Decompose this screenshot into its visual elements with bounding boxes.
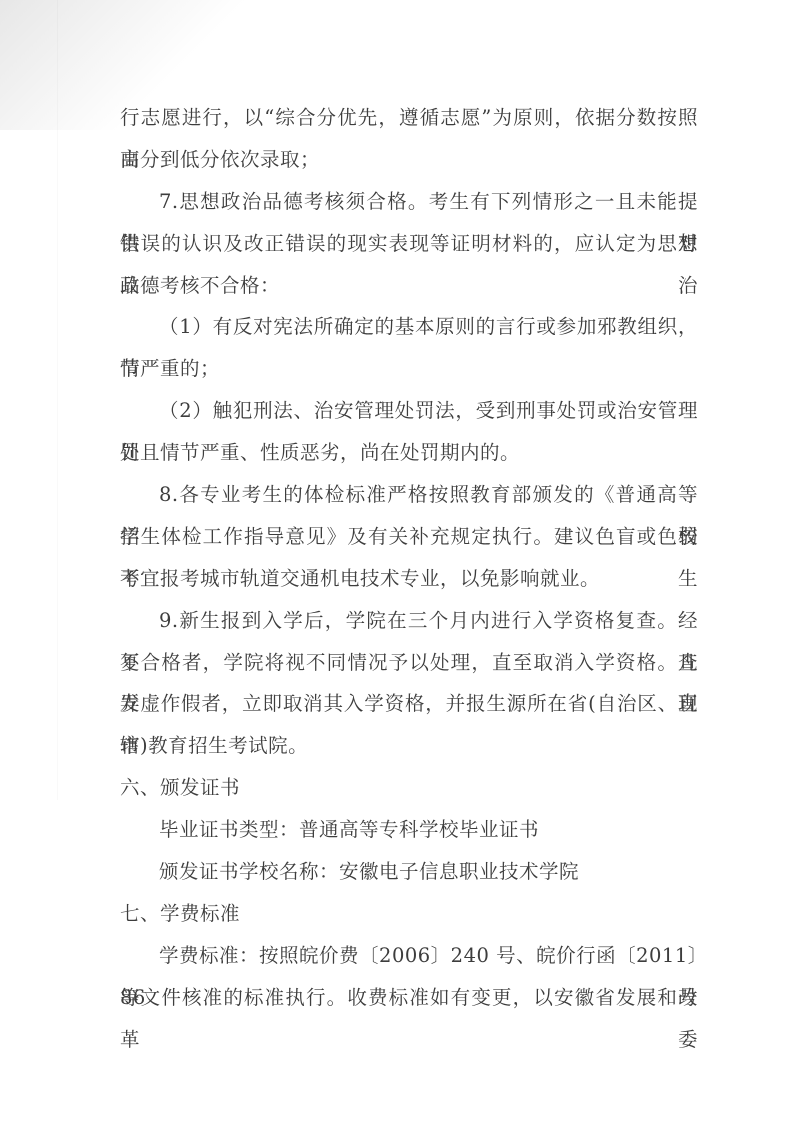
document-text-block: 行志愿进行，以“综合分优先，遵循志愿”为原则，依据分数按照由高分到低分依次录取；… [120,97,698,1019]
text-line: 罚且情节严重、性质恶劣，尚在处罚期内的。 [120,432,698,474]
document-page: 行志愿进行，以“综合分优先，遵循志愿”为原则，依据分数按照由高分到低分依次录取；… [0,0,800,1132]
text-line: 8.各专业考生的体检标准严格按照教育部颁发的《普通高等学校 [120,474,698,516]
section-heading: 六、颁发证书 [120,767,698,809]
text-line: 行志愿进行，以“综合分优先，遵循志愿”为原则，依据分数按照由 [120,97,698,139]
text-line: 不合格者，学院将视不同情况予以处理，直至取消入学资格。凡发现 [120,642,698,684]
text-line: 错误的认识及改正错误的现实表现等证明材料的，应认定为思想政治 [120,223,698,265]
text-line: 学费标准：按照皖价费〔2006〕240 号、皖价行函〔2011〕86 号 [120,935,698,977]
text-line: 9.新生报到入学后，学院在三个月内进行入学资格复查。经复查 [120,600,698,642]
text-line: 高分到低分依次录取； [120,139,698,181]
text-line: 弄虚作假者，立即取消其入学资格，并报生源所在省(自治区、直辖 [120,683,698,725]
text-line: 等文件核准的标准执行。收费标准如有变更，以安徽省发展和改革委 [120,977,698,1019]
section-heading: 七、学费标准 [120,893,698,935]
text-line: 7.思想政治品德考核须合格。考生有下列情形之一且未能提供对 [120,181,698,223]
text-line: 节严重的； [120,348,698,390]
text-line: 招生体检工作指导意见》及有关补充规定执行。建议色盲或色弱考生 [120,516,698,558]
text-line: 毕业证书类型：普通高等专科学校毕业证书 [120,809,698,851]
text-line: （1）有反对宪法所确定的基本原则的言行或参加邪教组织，情 [120,306,698,348]
page-edge-line [57,0,58,800]
text-line: 颁发证书学校名称：安徽电子信息职业技术学院 [120,851,698,893]
text-line: 市)教育招生考试院。 [120,725,698,767]
text-line: （2）触犯刑法、治安管理处罚法，受到刑事处罚或治安管理处 [120,390,698,432]
